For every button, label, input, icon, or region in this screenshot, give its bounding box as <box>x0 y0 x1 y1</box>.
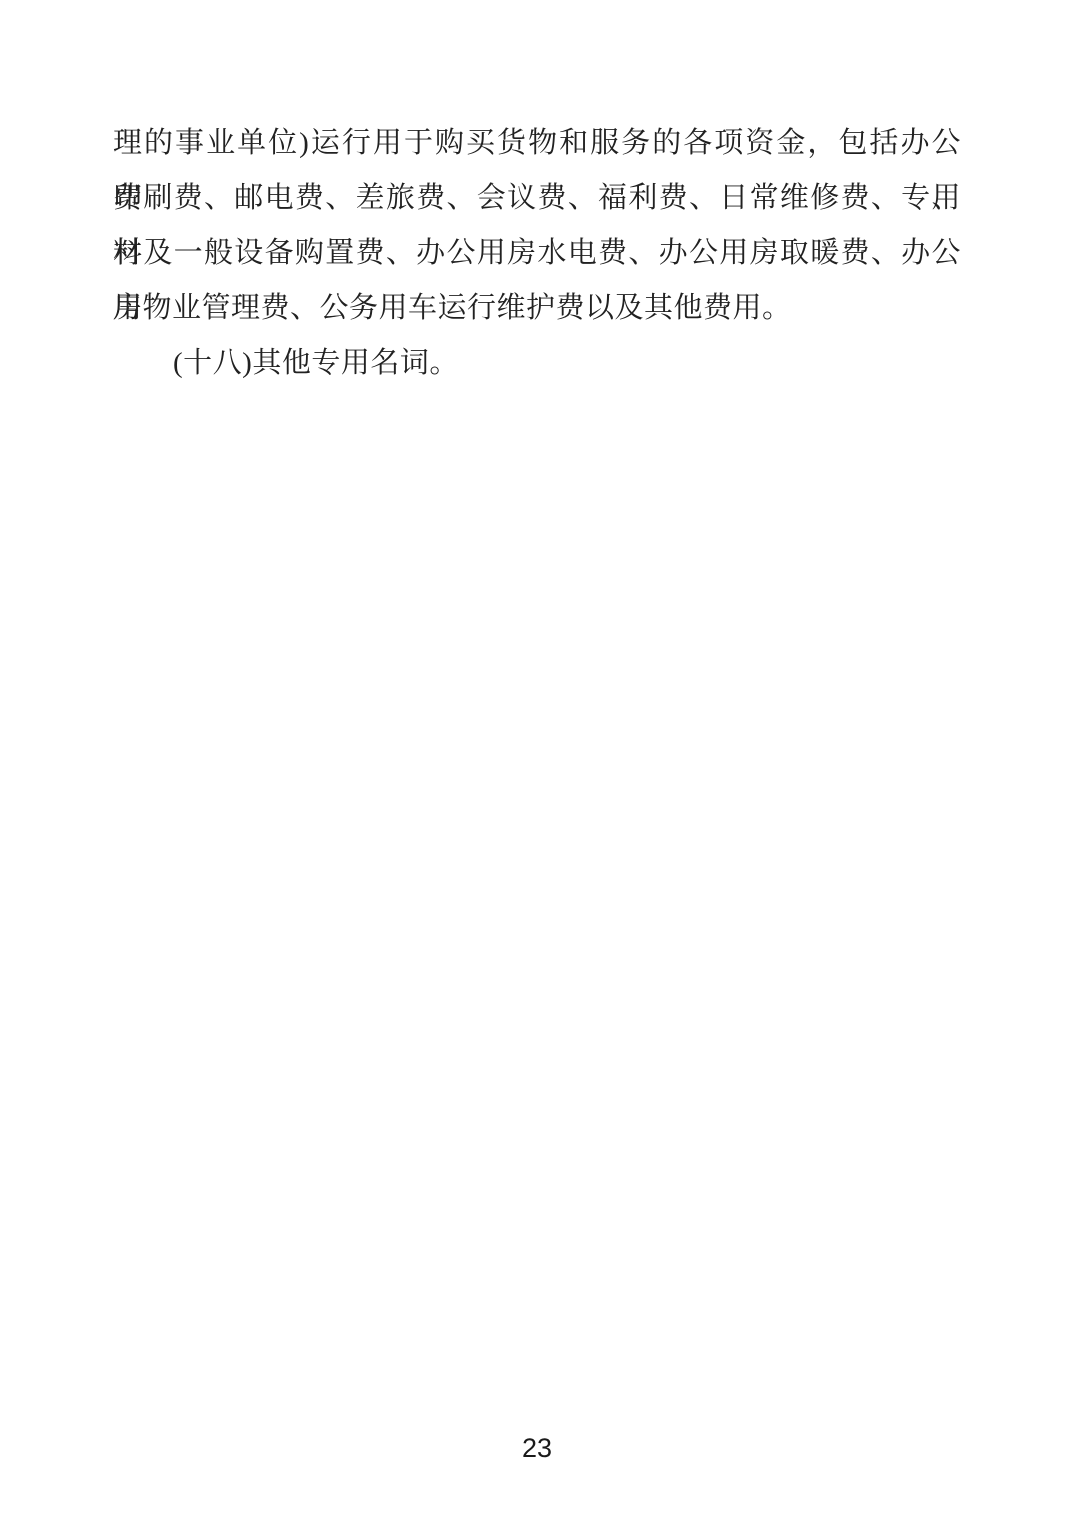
document-page: 理的事业单位)运行用于购买货物和服务的各项资金，包括办公费、 印刷费、邮电费、差… <box>0 0 1074 1520</box>
paragraph-1-line-3: 料及一般设备购置费、办公用房水电费、办公用房取暖费、办公用 <box>113 226 961 281</box>
body-text: 理的事业单位)运行用于购买货物和服务的各项资金，包括办公费、 印刷费、邮电费、差… <box>113 116 961 391</box>
paragraph-2-line-1: (十八)其他专用名词。 <box>113 336 961 391</box>
paragraph-1-line-1: 理的事业单位)运行用于购买货物和服务的各项资金，包括办公费、 <box>113 116 961 171</box>
page-number: 23 <box>0 1432 1074 1464</box>
paragraph-1-line-2: 印刷费、邮电费、差旅费、会议费、福利费、日常维修费、专用材 <box>113 171 961 226</box>
paragraph-1-line-4: 房物业管理费、公务用车运行维护费以及其他费用。 <box>113 281 961 336</box>
